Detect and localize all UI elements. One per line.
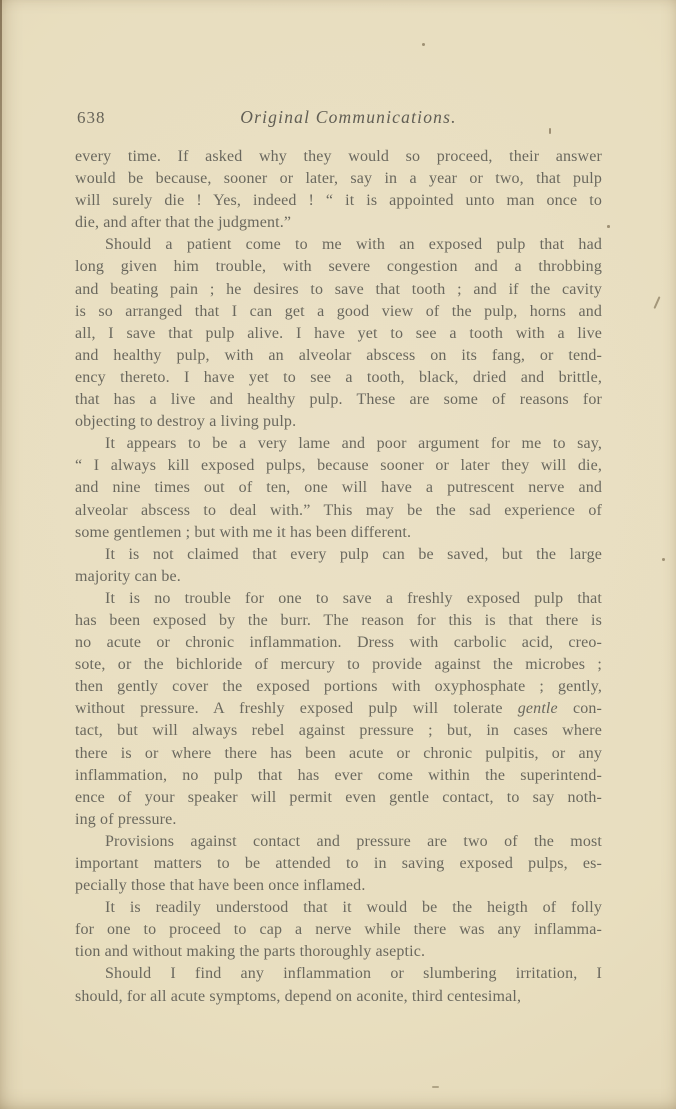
text-line: It is no trouble for one to save a fresh… [75,588,602,610]
text-line: would be because, sooner or later, say i… [75,168,602,190]
text-line: there is or where there has been acute o… [75,743,602,765]
text-line: It is readily understood that it would b… [75,897,602,919]
text-line: “ I always kill exposed pulps, because s… [75,455,602,477]
text-line: sote, or the bichloride of mercury to pr… [75,654,602,676]
text-line: important matters to be attended to in s… [75,853,602,875]
text-line: inflammation, no pulp that has ever come… [75,765,602,787]
text-line: all, I save that pulp alive. I have yet … [75,323,602,345]
page-header: 638 Original Communications. [75,107,602,131]
text-line: ency thereto. I have yet to see a tooth,… [75,367,602,389]
text-line: and nine times out of ten, one will have… [75,477,602,499]
text-line: ence of your speaker will permit even ge… [75,787,602,809]
text-line: then gently cover the exposed portions w… [75,676,602,698]
text-line: and healthy pulp, with an alveolar absce… [75,345,602,367]
scan-speck [662,558,665,561]
text-line: will surely die ! Yes, indeed ! “ it is … [75,190,602,212]
page-body: every time. If asked why they would so p… [75,146,602,1008]
text-line: objecting to destroy a living pulp. [75,411,602,433]
text-line: Should I find any inflammation or slumbe… [75,963,602,985]
text-line: Should a patient come to me with an expo… [75,234,602,256]
text-line: It is not claimed that every pulp can be… [75,544,602,566]
scan-speck [432,1086,439,1088]
text-line: Provisions against contact and pressure … [75,831,602,853]
scan-speck [607,225,610,228]
text-line: tact, but will always rebel against pres… [75,720,602,742]
scan-speck [653,296,660,308]
text-line: long given him trouble, with severe cong… [75,256,602,278]
text-line: is so arranged that I can get a good vie… [75,301,602,323]
text-line: It appears to be a very lame and poor ar… [75,433,602,455]
text-line: ing of pressure. [75,809,602,831]
text-line: for one to proceed to cap a nerve while … [75,919,602,941]
text-line: some gentlemen ; but with me it has been… [75,522,602,544]
text-line: no acute or chronic inflammation. Dress … [75,632,602,654]
scan-speck [549,128,551,134]
text-line: every time. If asked why they would so p… [75,146,602,168]
scanned-page-sheet: 638 Original Communications. every time.… [0,0,676,1109]
text-line: alveolar abscess to deal with.” This may… [75,500,602,522]
page-number: 638 [77,108,106,128]
text-line: without pressure. A freshly exposed pulp… [75,698,602,720]
text-line: pecially those that have been once infla… [75,875,602,897]
text-line: should, for all acute symptoms, depend o… [75,986,602,1008]
text-line: and beating pain ; he desires to save th… [75,279,602,301]
text-line: that has a live and healthy pulp. These … [75,389,602,411]
text-line: has been exposed by the burr. The reason… [75,610,602,632]
scan-speck [422,43,425,46]
text-line: tion and without making the parts thorou… [75,941,602,963]
text-line: die, and after that the judgment.” [75,212,602,234]
running-title: Original Communications. [240,107,456,128]
page-edge-shadow [0,0,2,510]
text-line: majority can be. [75,566,602,588]
